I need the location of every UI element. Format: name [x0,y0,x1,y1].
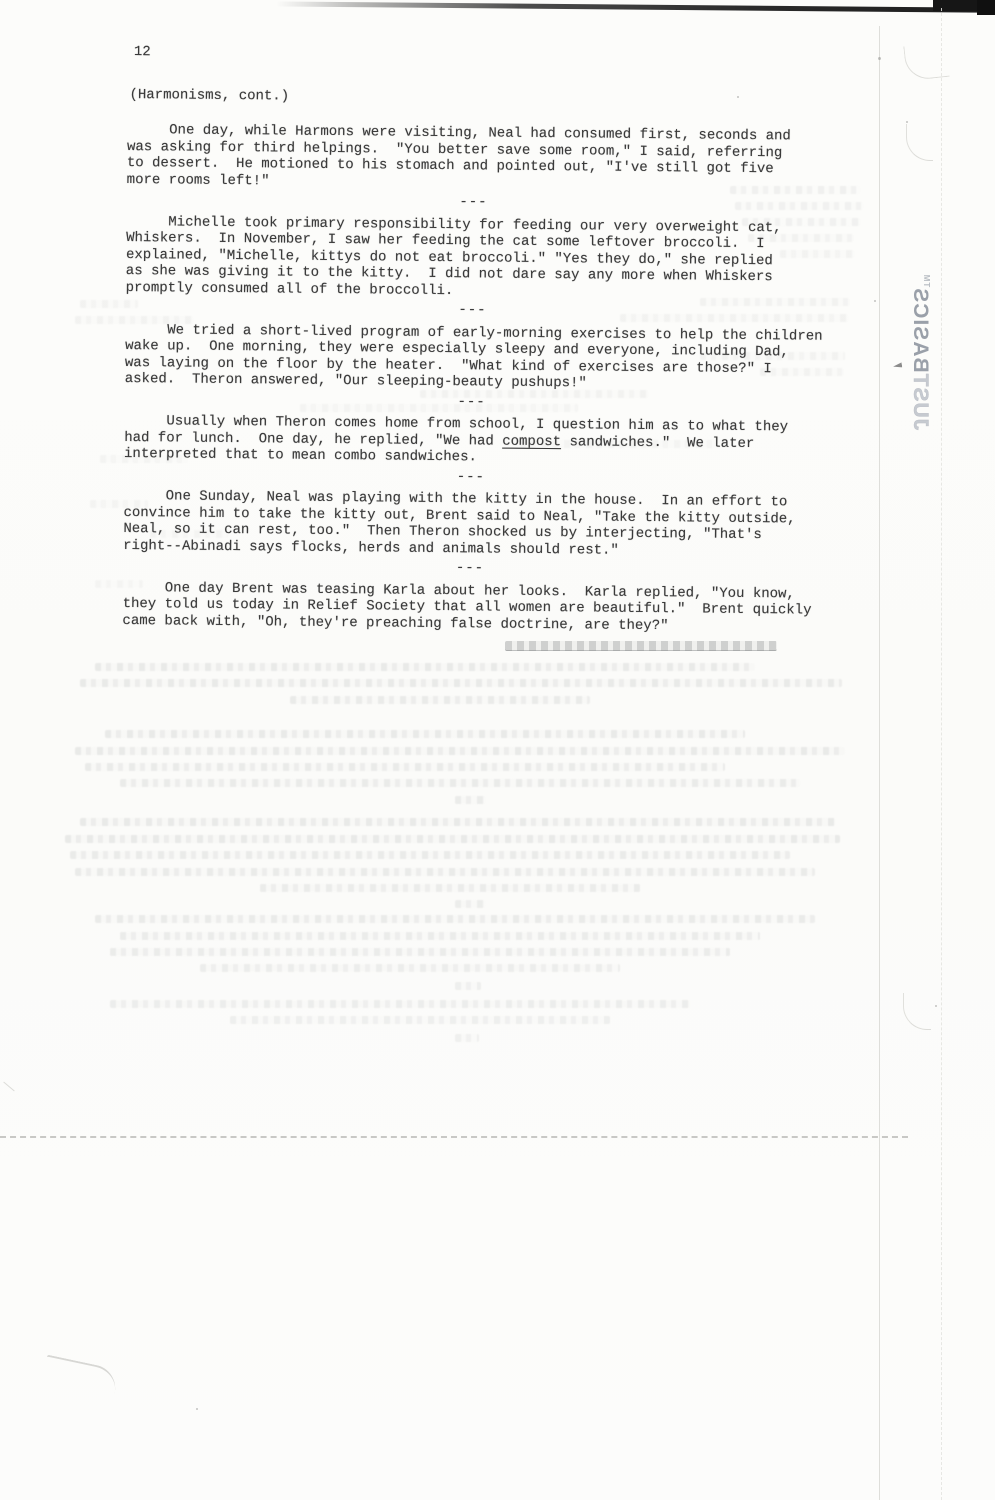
bleedthrough-line [455,900,485,908]
bleedthrough-line [455,982,481,990]
page-curl-mark [903,993,931,1030]
logo-trademark: TM [923,274,932,288]
bleedthrough-line [230,1016,610,1024]
underlined-word: compost [502,433,561,450]
paragraph: Usually when Theron comes home from scho… [124,413,846,469]
bleedthrough-line [110,1000,690,1008]
bleedthrough-line [505,641,777,651]
document-content: 12 (Harmonisms, cont.) One day, while Ha… [122,44,850,639]
page-curl-mark [903,42,949,81]
section-separator: --- [123,557,817,580]
paragraph: One Sunday, Neal was playing with the ki… [123,488,846,561]
paragraph-text: Michelle took primary responsibility for… [126,213,782,298]
logo-text-just: JUST [908,373,932,431]
bleedthrough-line [455,796,485,804]
paragraph-text: We tried a short-lived program of early-… [125,321,823,391]
bleedthrough-line [95,915,815,923]
dust-speck [874,300,876,302]
dust-speck [737,96,739,98]
paragraphs: One day, while Harmons were visiting, Ne… [122,122,849,636]
bleedthrough-line [80,818,835,826]
bleedthrough-line [75,747,845,755]
scanned-page: JUSTBASICSTM 12 (Harmonisms, cont.) One … [0,0,995,1500]
dust-speck [878,57,881,60]
dust-speck [935,1005,937,1007]
paragraph: We tried a short-lived program of early-… [125,321,848,394]
bleedthrough-line [75,868,815,876]
bleedthrough-line [70,851,790,859]
page-right-edge-line [879,26,880,1500]
bleedthrough-line [110,948,730,956]
section-separator: --- [124,465,818,488]
paragraph: Michelle took primary responsibility for… [126,213,849,302]
scan-corner-shadow-dark [977,0,995,15]
page-curl-mark [906,124,933,161]
bleedthrough-line [290,696,590,704]
bleedthrough-line [120,779,800,787]
logo-text-basics: BASICS [908,287,932,372]
paragraph: One day, while Harmons were visiting, Ne… [127,122,850,195]
dust-speck [196,1408,198,1410]
bleedthrough-line [260,884,640,892]
section-separator: --- [125,299,819,322]
sheet-protector-edge-line [941,8,942,1500]
paragraph: One day Brent was teasing Karla about he… [122,579,844,635]
bleedthrough-line [120,932,760,940]
paragraph-text: One day Brent was teasing Karla about he… [122,579,811,633]
bleedthrough-line [65,835,840,843]
section-separator: --- [126,191,820,214]
bleedthrough-line [95,663,755,671]
ink-speck [893,362,903,368]
section-separator: --- [125,390,819,413]
bleedthrough-line [80,679,842,687]
scan-top-edge [0,0,995,13]
paragraph-text: One Sunday, Neal was playing with the ki… [123,488,796,558]
perforation-line [0,1136,908,1138]
bleedthrough-line [85,763,725,771]
page-number: 12 [134,44,850,67]
bleedthrough-line [105,730,745,738]
bleedthrough-logo: JUSTBASICSTM [905,282,935,422]
bleedthrough-line [200,964,620,972]
paragraph-text: One day, while Harmons were visiting, Ne… [127,122,791,189]
document-header: (Harmonisms, cont.) [129,87,849,110]
left-edge-mark [3,1082,14,1092]
bleedthrough-line [455,1034,479,1042]
dust-speck [906,121,908,123]
bottom-left-curl-mark [42,1355,119,1394]
